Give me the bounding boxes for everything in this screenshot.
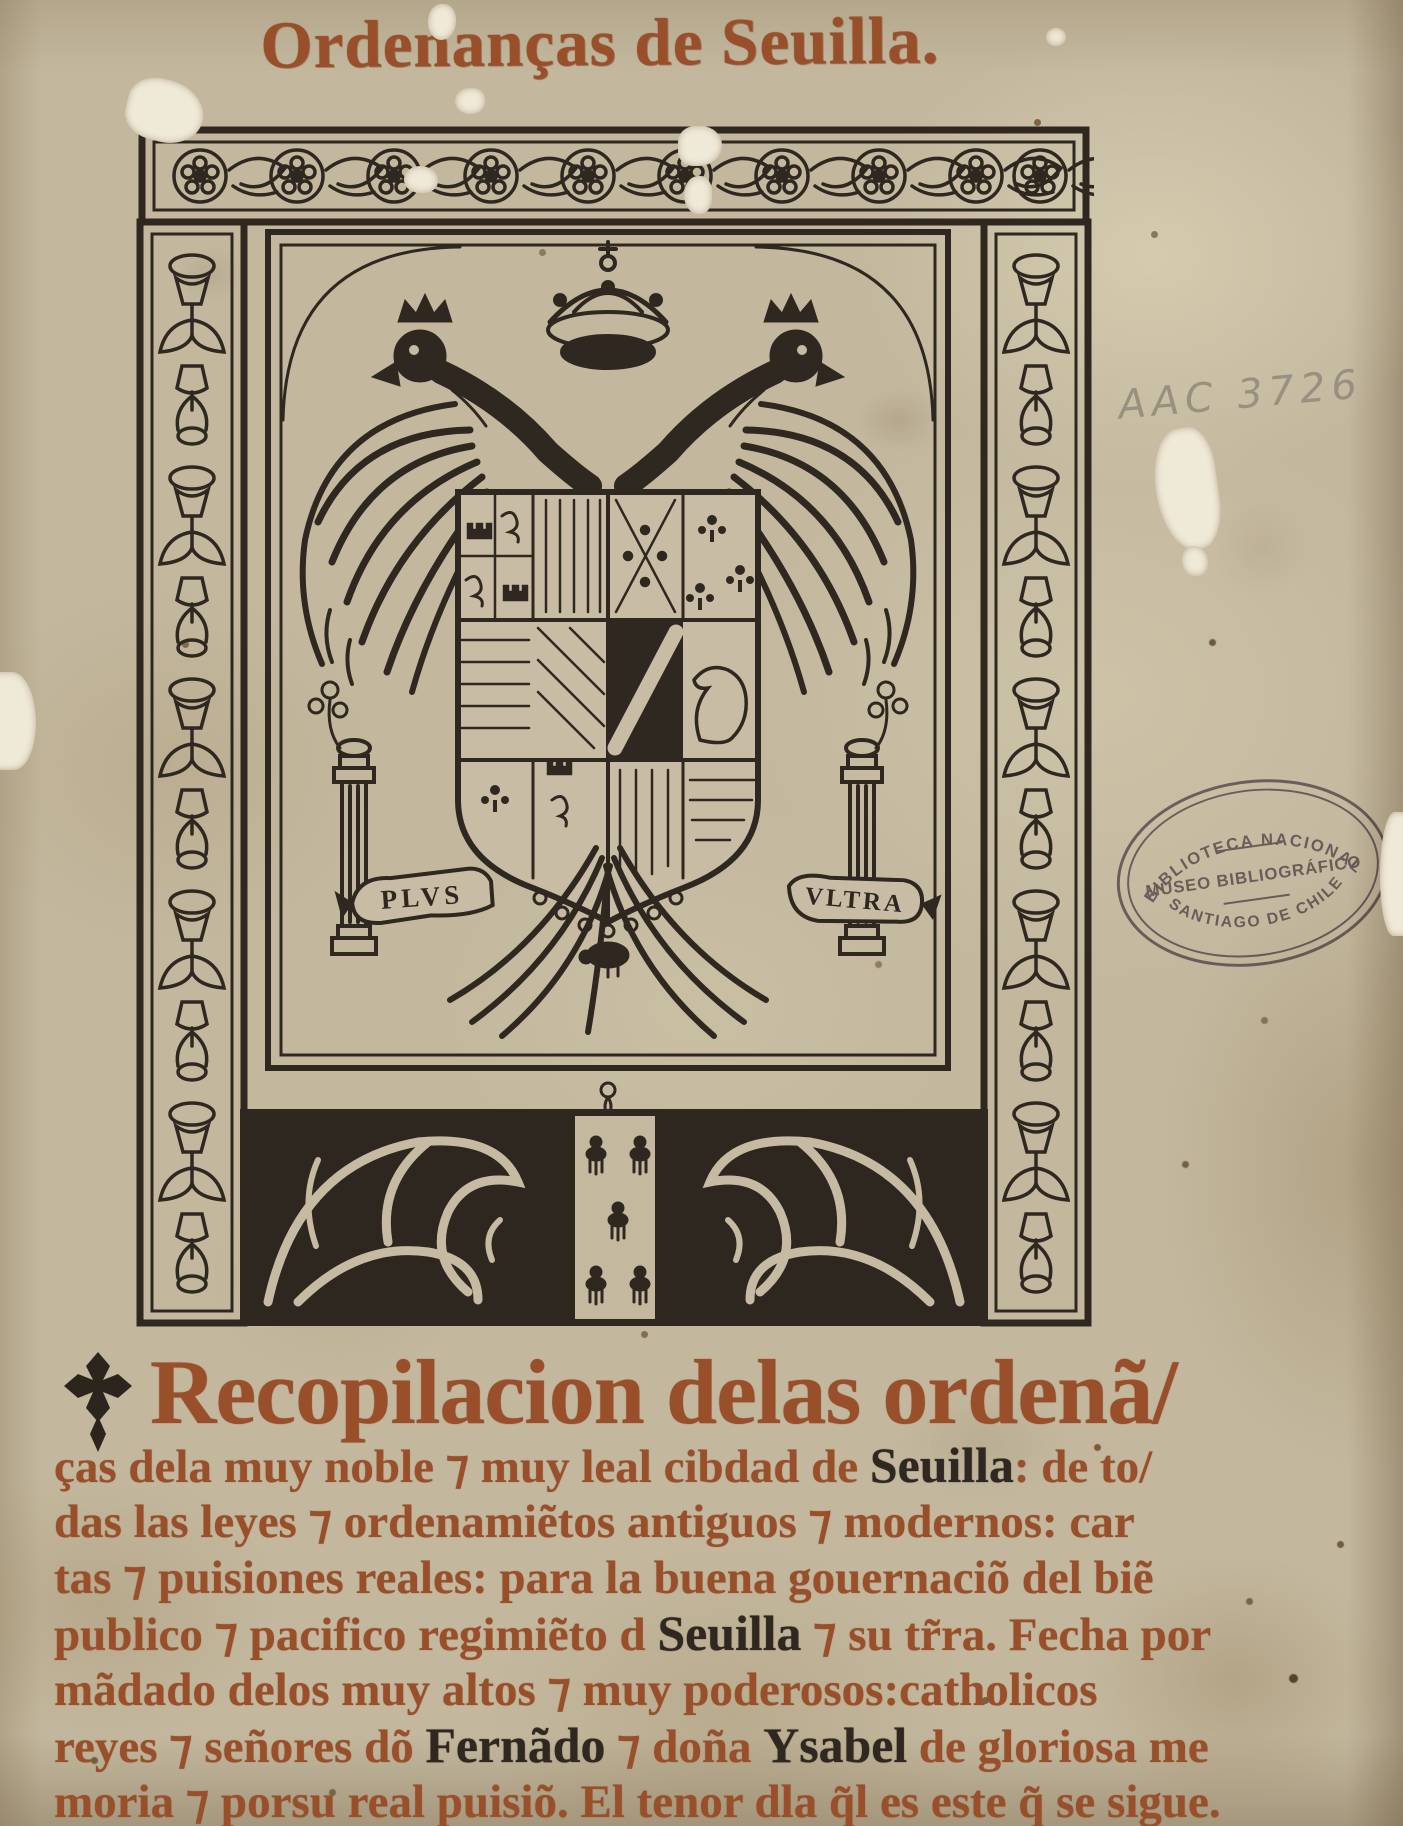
text-segment: das las leyes ⁊ ordenamiẽtos antiguos ⁊ …	[54, 1496, 1135, 1548]
text-segment: Ysabel	[763, 1718, 907, 1773]
text-segment: publico ⁊ pacifico regimiẽto d	[54, 1609, 657, 1661]
text-segment: Seuilla	[657, 1606, 801, 1661]
royal-shield-icon	[458, 492, 758, 922]
paper-tear	[1148, 424, 1226, 553]
worm-hole	[1182, 546, 1208, 576]
worm-hole	[1046, 28, 1066, 46]
floral-sprig-icon	[309, 682, 347, 748]
headline-text: Recopilacion delas ordenã/	[150, 1346, 1177, 1438]
banner-text-plus: PLVS	[380, 879, 464, 915]
body-line: publico ⁊ pacifico regimiẽto d Seuilla ⁊…	[54, 1606, 1360, 1662]
text-segment: ças dela muy noble ⁊ muy leal cibdad de	[54, 1441, 870, 1493]
page-title: Ordenanças de Seuilla.	[118, 5, 1082, 82]
text-segment: Fernãdo	[425, 1718, 605, 1773]
body-line: reyes ⁊ señores dõ Fernãdo ⁊ doña Ysabel…	[54, 1718, 1360, 1774]
text-segment: : de to/	[1014, 1441, 1152, 1493]
text-segment: reyes ⁊ señores dõ	[54, 1721, 425, 1773]
worm-hole	[455, 88, 485, 114]
text-segment: de gloriosa me	[907, 1721, 1209, 1773]
body-line: das las leyes ⁊ ordenamiẽtos antiguos ⁊ …	[54, 1494, 1360, 1550]
imperial-crown-icon	[548, 242, 668, 368]
library-stamp: BIBLIOTECA NACIONAL MUSEO BIBLIOGRÁFICO …	[1105, 772, 1401, 978]
paper-tear	[0, 672, 36, 770]
body-line: tas ⁊ puisiones reales: para la buena go…	[54, 1550, 1360, 1606]
foxing-specks	[0, 0, 5, 5]
paper-tear	[1380, 812, 1403, 936]
body-line: mãdado delos muy altos ⁊ muy poderosos:c…	[54, 1662, 1360, 1718]
text-segment: Seuilla	[870, 1438, 1014, 1493]
text-segment: mãdado delos muy altos ⁊ muy poderosos:c…	[54, 1664, 1098, 1716]
handwritten-shelfmark: AAC 3726	[1116, 361, 1364, 428]
eagle-head-icon	[372, 294, 590, 486]
ultra-banner: VLTRA	[786, 870, 942, 931]
worm-hole	[404, 166, 438, 193]
scanned-title-page: Ordenanças de Seuilla.	[0, 0, 1403, 1826]
text-segment: ⁊ su tr̃ra. Fecha por	[801, 1609, 1211, 1661]
text-segment: tas ⁊ puisiones reales: para la buena go…	[54, 1552, 1154, 1604]
body-line: moria ⁊ porsu real puisiõ. El tenor dla …	[54, 1774, 1360, 1826]
body-line: ças dela muy noble ⁊ muy leal cibdad de …	[54, 1438, 1360, 1494]
text-segment: moria ⁊ porsu real puisiõ. El tenor dla …	[54, 1776, 1221, 1826]
worm-hole	[684, 176, 712, 214]
body-text: ças dela muy noble ⁊ muy leal cibdad de …	[54, 1438, 1360, 1826]
woodcut-coat-of-arms: PLVS VLTRA	[128, 116, 1094, 1328]
text-segment: ⁊ doña	[605, 1721, 763, 1773]
